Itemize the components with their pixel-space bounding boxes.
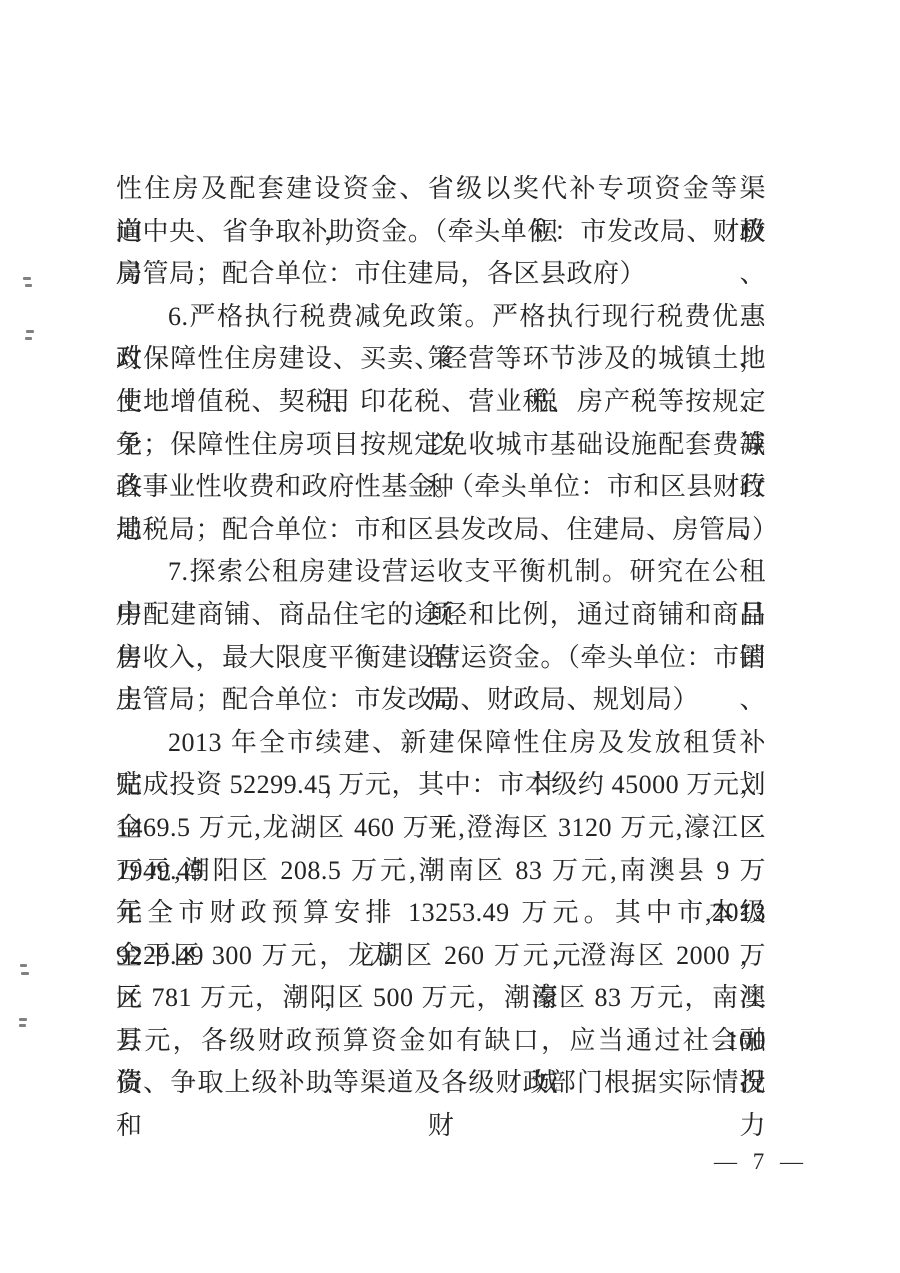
scan-artifact xyxy=(19,1018,27,1021)
scan-artifact xyxy=(26,330,34,333)
text-line: 金平区 300 万元，龙湖区 260 万元，澄海区 2000 万元，濠江 xyxy=(116,935,766,978)
page-number: — 7 — xyxy=(706,1147,816,1177)
text-line: 对保障性住房建设、买卖、经营等环节涉及的城镇土地使用税、 xyxy=(116,338,766,381)
text-line: 性住房及配套建设资金、省级以奖代补专项资金等渠道，积极 xyxy=(116,168,766,211)
text-line: 地税局；配合单位：市和区县发改局、住建局、房管局） xyxy=(116,509,766,552)
document-page: 性住房及配套建设资金、省级以奖代补专项资金等渠道，积极 向中央、省争取补助资金。… xyxy=(0,0,900,1273)
scan-artifact xyxy=(20,964,27,967)
scan-artifact xyxy=(19,1024,26,1027)
text-line: 7.探索公租房建设营运收支平衡机制。研究在公租房项目 xyxy=(116,551,766,594)
text-line: 区 781 万元，潮阳区 500 万元，潮南区 83 万元，南澳县 100 xyxy=(116,977,766,1020)
text-line: 向中央、省争取补助资金。（牵头单位：市发改局、财政局、 xyxy=(116,211,766,254)
text-line: 完成投资 52299.45 万元，其中：市本级约 45000 万元，金平区 xyxy=(116,764,766,807)
paragraph-4: 2013 年全市续建、新建保障性住房及发放租赁补贴，计划 完成投资 52299.… xyxy=(116,722,766,1105)
text-line: 6.严格执行税费减免政策。严格执行现行税费优惠政策， xyxy=(116,296,766,339)
scan-artifact xyxy=(25,284,32,287)
scan-artifact xyxy=(23,277,31,280)
text-line: 政事业性收费和政府性基金。（牵头单位：市和区县财政局、 xyxy=(116,466,766,509)
text-line: 房管局；配合单位：市发改局、财政局、规划局） xyxy=(116,679,766,722)
text-line: 售收入，最大限度平衡建设营运资金。（牵头单位：市国土局、 xyxy=(116,637,766,680)
text-line: 1469.5 万元,龙湖区 460 万元,澄海区 3120 万元,濠江区 194… xyxy=(116,807,766,850)
text-line: 万元,潮阳区 208.5 万元,潮南区 83 万元,南澳县 9 万元,2013 xyxy=(116,850,766,893)
text-line: 土地增值税、契税、印花税、营业税、房产税等按规定予以减 xyxy=(116,381,766,424)
text-line: 万元，各级财政预算资金如有缺口，应当通过社会融资、城投 xyxy=(116,1020,766,1063)
scan-artifact xyxy=(21,972,29,975)
text-line: 2013 年全市续建、新建保障性住房及发放租赁补贴，计划 xyxy=(116,722,766,765)
text-line: 免；保障性住房项目按规定免收城市基础设施配套费等各种行 xyxy=(116,424,766,467)
paragraph-1: 性住房及配套建设资金、省级以奖代补专项资金等渠道，积极 向中央、省争取补助资金。… xyxy=(116,168,766,296)
scan-artifact xyxy=(25,337,32,340)
paragraph-3: 7.探索公租房建设营运收支平衡机制。研究在公租房项目 中配建商铺、商品住宅的途径… xyxy=(116,551,766,721)
text-line: 年全市财政预算安排 13253.49 万元。其中市本级 9229.49 万元， xyxy=(116,892,766,935)
paragraph-2: 6.严格执行税费减免政策。严格执行现行税费优惠政策， 对保障性住房建设、买卖、经… xyxy=(116,296,766,552)
text-line: 债、争取上级补助等渠道及各级财政部门根据实际情况和财力 xyxy=(116,1062,766,1105)
document-body: 性住房及配套建设资金、省级以奖代补专项资金等渠道，积极 向中央、省争取补助资金。… xyxy=(116,168,766,1105)
text-line: 中配建商铺、商品住宅的途径和比例，通过商铺和商品房的销 xyxy=(116,594,766,637)
